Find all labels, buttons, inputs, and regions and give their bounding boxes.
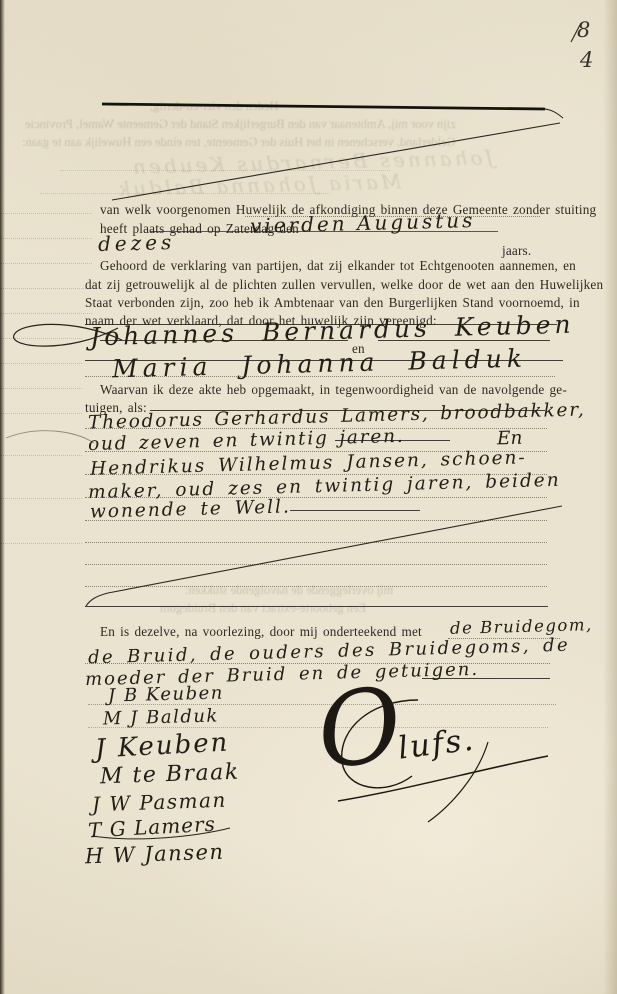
ghost-rule — [60, 170, 390, 171]
ghost-rule — [0, 498, 82, 499]
ghost-rule — [0, 288, 92, 289]
ghost-rule — [0, 543, 82, 544]
marriage-certificate-page: 8 4 Heden den vier-en-dertig, zijn voor … — [0, 0, 617, 994]
ghost-rule — [0, 263, 92, 264]
crossout-thick-line-tail — [545, 109, 563, 118]
declaration-line2: dat zij getrouwelijk al de plichten zull… — [85, 277, 603, 293]
corner-number-bottom: 4 — [580, 48, 593, 72]
declaration-line1: Gehoord de verklaring van partijen, dat … — [100, 258, 576, 274]
signature-registrar: Olufs. — [314, 679, 477, 776]
ghost-rule — [0, 213, 92, 214]
handwritten-date-part1: vierden Augustus — [250, 208, 476, 238]
ghost-rule — [0, 413, 82, 414]
ghost-rule — [0, 338, 82, 339]
ghost-rule — [0, 388, 82, 389]
signature-groom: J B Keuben — [108, 682, 224, 706]
ghost-rule — [0, 238, 92, 239]
signature-witness-lamers: T G Lamers — [87, 812, 216, 843]
bride-name-handwritten: Maria Johanna Balduk — [112, 344, 528, 384]
ruled-line-empty — [85, 564, 547, 565]
declaration-line3: Staat verbonden zijn, zoo heb ik Ambtena… — [85, 295, 580, 311]
announcement-jaars: jaars. — [502, 243, 531, 259]
corner-number-top: 8 — [577, 18, 590, 42]
ruled-line-empty — [85, 542, 547, 543]
bleedthrough-header-line2: zijn voor mij, Ambtenaar van den Burgerl… — [25, 117, 456, 132]
signature-mother-bride: M te Braak — [100, 760, 240, 790]
bleedthrough-mid-line2: Een geboorte-extract van den Bruidegom — [160, 601, 366, 616]
margin-flourish — [6, 431, 94, 443]
ruled-line-empty — [85, 586, 547, 587]
signature-father-groom: J Keuben — [94, 728, 230, 765]
signature-bride: M J Balduk — [103, 705, 219, 729]
witness-intro-line1: Waarvan ik deze akte heb opgemaakt, in t… — [100, 382, 567, 398]
dash-filler — [290, 510, 420, 511]
witness-line5: wonende te Well. — [90, 496, 291, 522]
bleedthrough-header-line1: Heden den vier-en-dertig, — [150, 99, 279, 114]
section-end-rule — [85, 606, 548, 607]
ghost-rule — [0, 455, 82, 456]
closing-printed: En is dezelve, na voorlezing, door mij o… — [100, 624, 422, 640]
witness-line2-en: En — [497, 428, 523, 450]
handwritten-date-part2: dezes — [98, 230, 176, 256]
closing-written1: de Bruidegom, — [450, 615, 593, 638]
signature-witness-jansen: H W Jansen — [85, 840, 225, 869]
ghost-rule — [0, 313, 92, 314]
ghost-rule — [40, 193, 330, 194]
ghost-rule — [0, 363, 82, 364]
